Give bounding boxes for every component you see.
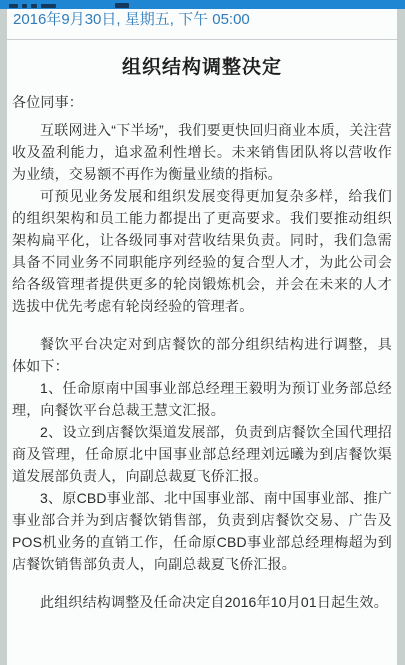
paragraph-org-requirements: 可预见业务发展和组织发展变得更加复杂多样，给我们的组织架构和员工能力都提出了更高…	[12, 185, 392, 317]
app-screen: 2016年9月30日, 星期五, 下午 05:00 组织结构调整决定 各位同事：…	[0, 0, 405, 665]
document-title: 组织结构调整决定	[12, 56, 392, 79]
effective-date-note: 此组织结构调整及任命决定自2016年10月01日起生效。	[12, 591, 392, 613]
adjustment-item-3: 3、原CBD事业部、北中国事业部、南中国事业部、推广事业部合并为到店餐饮销售部，…	[12, 487, 392, 575]
paragraph-business-essence: 互联网进入“下半场”，我们要更快回归商业本质，关注营收及盈利能力，追求盈利性增长…	[12, 119, 392, 185]
clipped-header-text-fragment	[41, 4, 56, 8]
adjustment-item-2: 2、设立到店餐饮渠道发展部，负责到店餐饮全国代理招商及管理，任命原北中国事业部总…	[12, 421, 392, 487]
clipped-header-text-fragment	[115, 3, 129, 8]
clipped-header-text-fragment	[22, 4, 27, 8]
clipped-header-text-fragment	[9, 4, 18, 8]
clipped-header-text-fragment	[31, 4, 37, 8]
divider	[7, 39, 397, 40]
top-app-bar	[0, 0, 405, 9]
salutation: 各位同事：	[12, 91, 392, 113]
announcement-document: 组织结构调整决定 各位同事： 互联网进入“下半场”，我们要更快回归商业本质，关注…	[7, 56, 397, 613]
adjustment-item-1: 1、任命原南中国事业部总经理王毅明为预订业务部总经理，向餐饮平台总裁王慧文汇报。	[12, 377, 392, 421]
message-pane: 2016年9月30日, 星期五, 下午 05:00 组织结构调整决定 各位同事：…	[7, 0, 397, 665]
paragraph-adjustment-intro: 餐饮平台决定对到店餐饮的部分组织结构进行调整，具体如下：	[12, 333, 392, 377]
